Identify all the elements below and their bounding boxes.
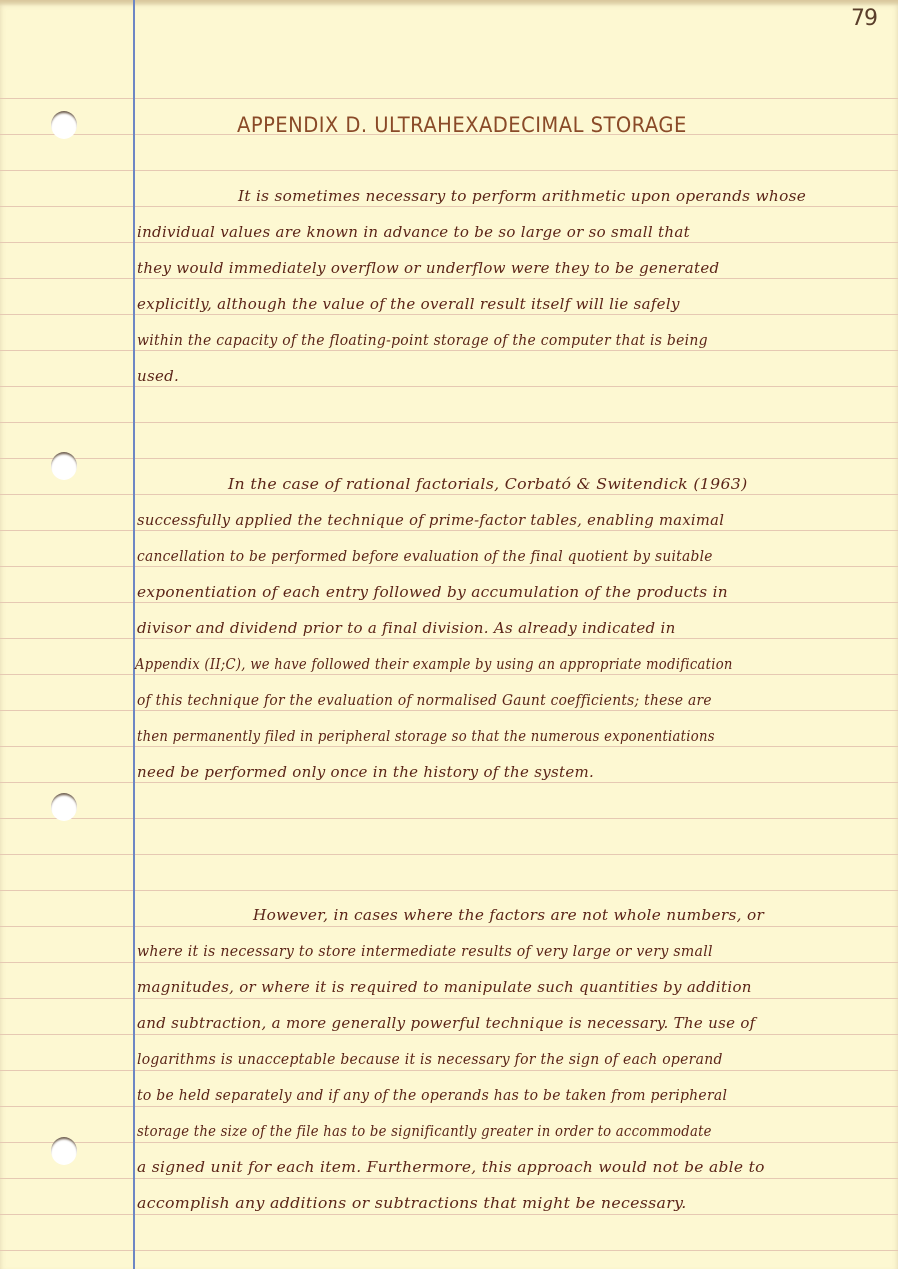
text-line: of this technique for the evaluation of …: [137, 691, 712, 721]
text-line: divisor and dividend prior to a final di…: [137, 619, 676, 649]
punch-hole-icon: [51, 111, 77, 139]
text-line: where it is necessary to store intermedi…: [137, 942, 713, 972]
page-number: 79: [851, 6, 877, 31]
text-line: However, in cases where the factors are …: [253, 906, 764, 936]
text-line: successfully applied the technique of pr…: [137, 511, 724, 541]
text-line: cancellation to be performed before eval…: [137, 547, 713, 577]
text-line: they would immediately overflow or under…: [137, 259, 719, 289]
text-line: magnitudes, or where it is required to m…: [137, 978, 752, 1008]
text-line: explicitly, although the value of the ov…: [137, 295, 680, 325]
text-line: In the case of rational factorials, Corb…: [228, 475, 748, 505]
text-line: logarithms is unacceptable because it is…: [137, 1050, 723, 1080]
text-line: storage the size of the file has to be s…: [137, 1122, 712, 1152]
text-line: a signed unit for each item. Furthermore…: [137, 1158, 765, 1188]
text-line: exponentiation of each entry followed by…: [137, 583, 728, 613]
margin-line: [133, 0, 135, 1269]
text-line: need be performed only once in the histo…: [137, 763, 594, 793]
text-line: within the capacity of the floating-poin…: [137, 331, 708, 361]
text-line: It is sometimes necessary to perform ari…: [238, 187, 806, 217]
punch-hole-icon: [51, 793, 77, 821]
text-line: individual values are known in advance t…: [137, 223, 690, 253]
notebook-page: 79 APPENDIX D. ULTRAHEXADECIMAL STORAGE …: [0, 0, 898, 1269]
text-line: then permanently filed in peripheral sto…: [137, 727, 715, 757]
page-title: APPENDIX D. ULTRAHEXADECIMAL STORAGE: [237, 113, 687, 137]
text-line: and subtraction, a more generally powerf…: [137, 1014, 756, 1044]
text-line: Appendix (II;C), we have followed their …: [135, 655, 733, 685]
text-line: to be held separately and if any of the …: [137, 1086, 727, 1116]
punch-hole-icon: [51, 452, 77, 480]
punch-hole-icon: [51, 1137, 77, 1165]
text-line: accomplish any additions or subtractions…: [137, 1194, 687, 1224]
text-line: used.: [137, 367, 179, 397]
